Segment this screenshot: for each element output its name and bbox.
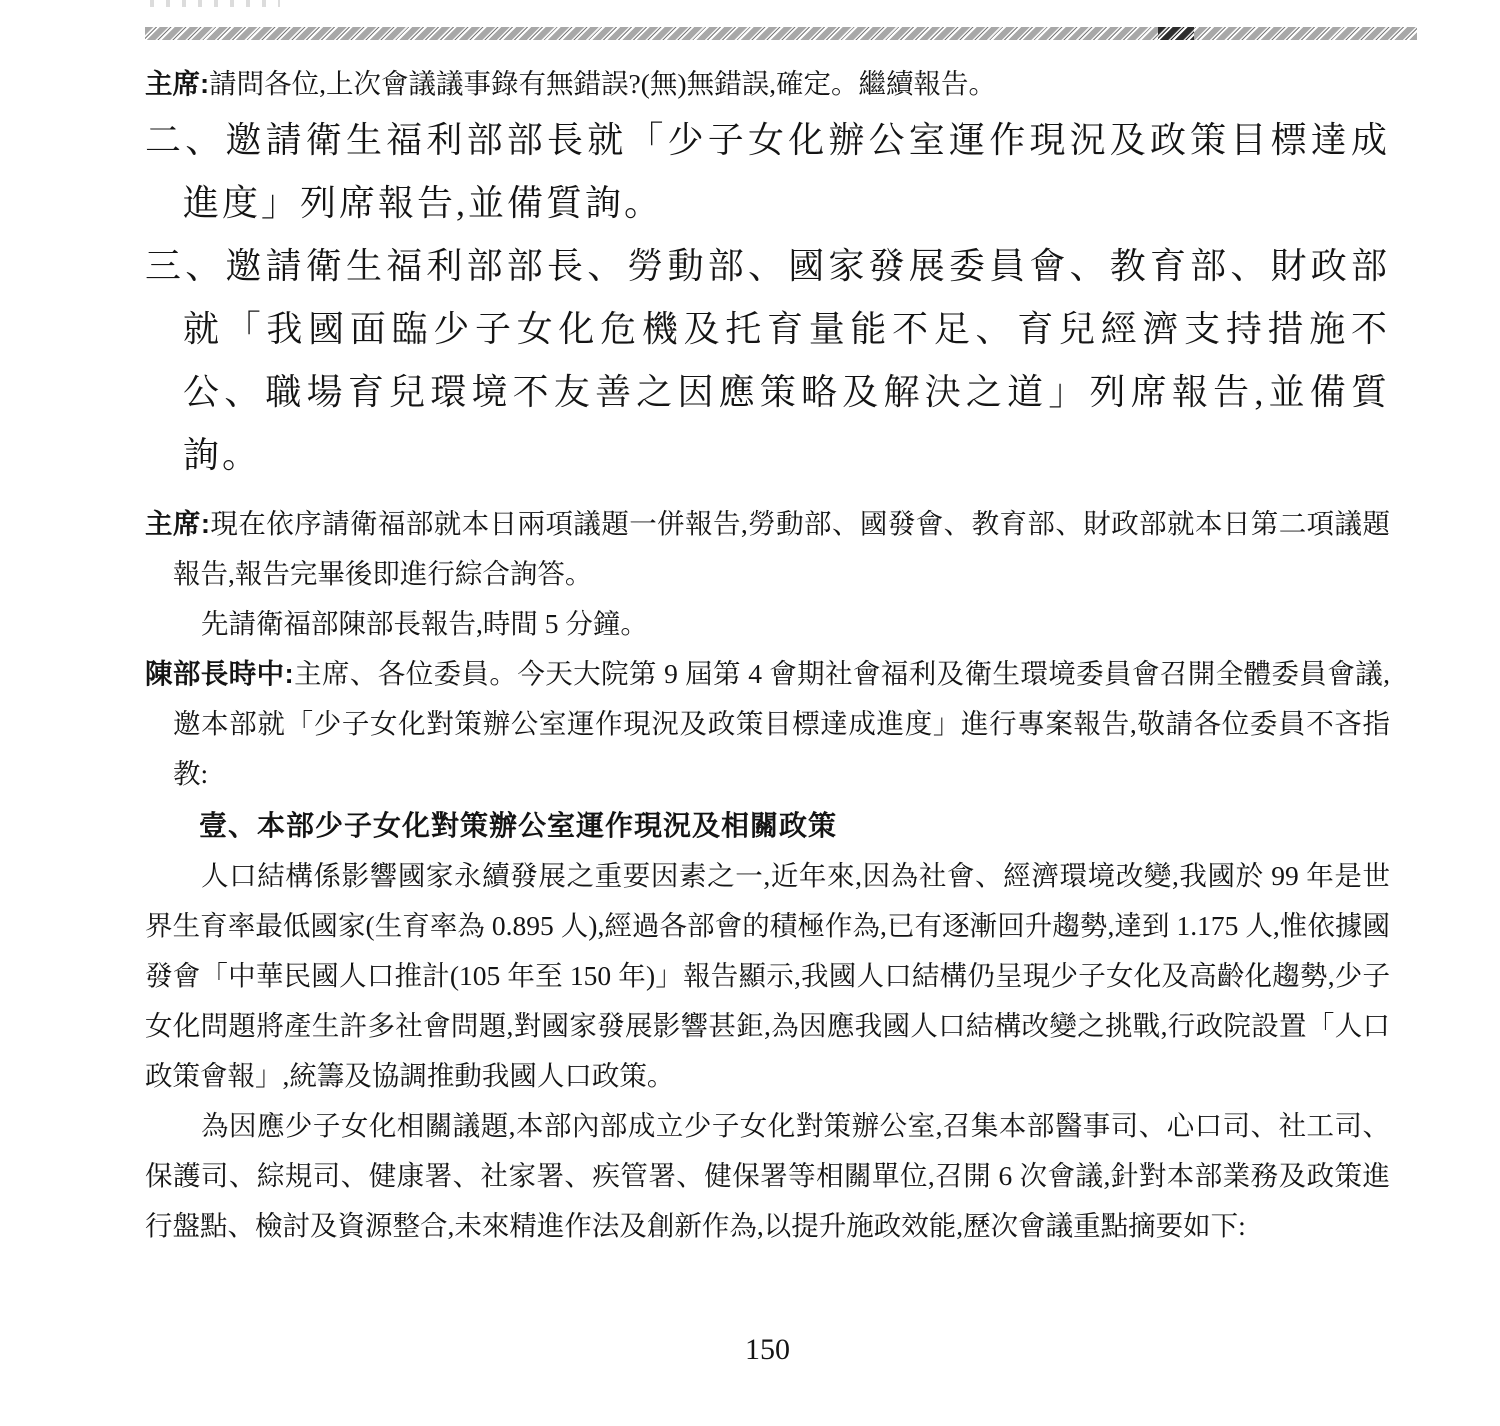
agenda-item-2: 二、邀請衛生福利部部長就「少子女化辦公室運作現況及政策目標達成進度」列席報告,並… — [145, 109, 1390, 235]
report-paragraph-2: 為因應少子女化相關議題,本部內部成立少子女化對策辦公室,召集本部醫事司、心口司、… — [145, 1101, 1390, 1251]
chair-statement-1-text: 請問各位,上次會議議事錄有無錯誤?(無)無錯誤,確定。繼續報告。 — [209, 68, 996, 99]
section-heading: 壹、本部少子女化對策辦公室運作現況及相關政策 — [199, 801, 1390, 851]
chair-statement-2: 主席:現在依序請衛福部就本日兩項議題一併報告,勞動部、國發會、教育部、財政部就本… — [145, 499, 1390, 599]
agenda-item-3: 三、邀請衛生福利部部長、勞動部、國家發展委員會、教育部、財政部就「我國面臨少子女… — [145, 235, 1390, 487]
chair-statement-2-continued: 先請衛福部陳部長報告,時間 5 分鐘。 — [145, 599, 1390, 649]
speaker-label-minister: 陳部長時中: — [145, 658, 294, 689]
gazette-page: 主席:請問各位,上次會議議事錄有無錯誤?(無)無錯誤,確定。繼續報告。 二、邀請… — [0, 0, 1500, 1426]
page-number: 150 — [145, 1330, 1390, 1370]
minister-statement: 陳部長時中:主席、各位委員。今天大院第 9 屆第 4 會期社會福利及衛生環境委員… — [145, 649, 1390, 799]
chair-statement-2-text: 現在依序請衛福部就本日兩項議題一併報告,勞動部、國發會、教育部、財政部就本日第二… — [173, 508, 1390, 589]
hatched-divider-dark-segment — [1158, 27, 1194, 40]
minister-statement-text: 主席、各位委員。今天大院第 9 屆第 4 會期社會福利及衛生環境委員會召開全體委… — [173, 658, 1390, 789]
speaker-label-chair: 主席: — [145, 508, 210, 539]
hatched-divider — [145, 27, 1417, 40]
page-top-print-artifact — [150, 0, 280, 7]
report-paragraph-1: 人口結構係影響國家永續發展之重要因素之一,近年來,因為社會、經濟環境改變,我國於… — [145, 851, 1390, 1101]
chair-statement-1: 主席:請問各位,上次會議議事錄有無錯誤?(無)無錯誤,確定。繼續報告。 — [145, 59, 1390, 109]
page-content: 主席:請問各位,上次會議議事錄有無錯誤?(無)無錯誤,確定。繼續報告。 二、邀請… — [145, 59, 1390, 1251]
speaker-label-chair: 主席: — [145, 68, 209, 99]
